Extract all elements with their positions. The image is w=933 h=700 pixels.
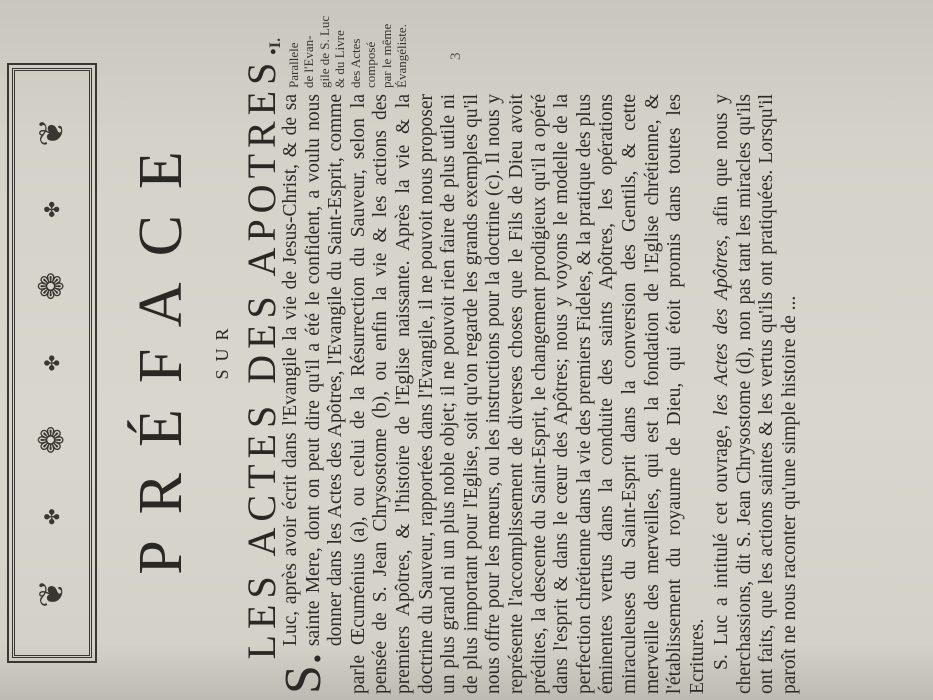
ornamental-headband: ❦ ✤ ❁ ✤ ❁ ✤ ❦ <box>12 68 92 658</box>
margin-note: I. Parallele de l'Evan- gile de S. Luc &… <box>286 0 410 88</box>
margin-note-line: par le même <box>379 0 395 88</box>
book-page: ❦ ✤ ❁ ✤ ❁ ✤ ❦ PRÉFACE SUR LES ACTES DES … <box>0 0 933 700</box>
fleuron-icon: ❦ <box>35 118 69 147</box>
paragraph-1-text: Luc, après avoir écrit dans l'Evangile l… <box>280 94 708 694</box>
paragraph-2-start: S. Luc a intitulé cet ouvrage, <box>711 425 732 670</box>
cross-flower-icon: ✤ <box>42 201 62 218</box>
margin-note-line: Parallele <box>286 0 302 88</box>
rosette-icon: ❁ <box>35 426 69 455</box>
section-number: I. <box>268 0 284 88</box>
margin-note-line: de l'Evan- <box>301 0 317 88</box>
page-subtitle: LES ACTES DES APOTRES. <box>238 0 285 700</box>
cross-flower-icon: ✤ <box>42 508 62 525</box>
body-text: S.Luc, après avoir écrit dans l'Evangile… <box>280 94 802 694</box>
margin-note-line: Évangéliste. <box>394 0 410 88</box>
page-title: PRÉFACE <box>126 0 197 700</box>
margin-note-line: gile de S. Luc <box>317 0 333 88</box>
margin-note-line: & du Livre <box>332 0 348 88</box>
margin-note-line: composé <box>363 0 379 88</box>
rosette-icon: ❁ <box>35 272 69 301</box>
title-connector: SUR <box>212 0 233 700</box>
fleuron-icon: ❦ <box>35 579 69 608</box>
cross-flower-icon: ✤ <box>42 355 62 372</box>
page-mark: 3 <box>448 53 465 61</box>
paragraph-1: S.Luc, après avoir écrit dans l'Evangile… <box>280 94 709 694</box>
margin-note-line: des Actes <box>348 0 364 88</box>
book-title-italic: les Actes des Apôtres <box>711 240 732 416</box>
drop-cap: S. <box>282 652 326 694</box>
paragraph-2: S. Luc a intitulé cet ouvrage, les Actes… <box>711 94 801 694</box>
